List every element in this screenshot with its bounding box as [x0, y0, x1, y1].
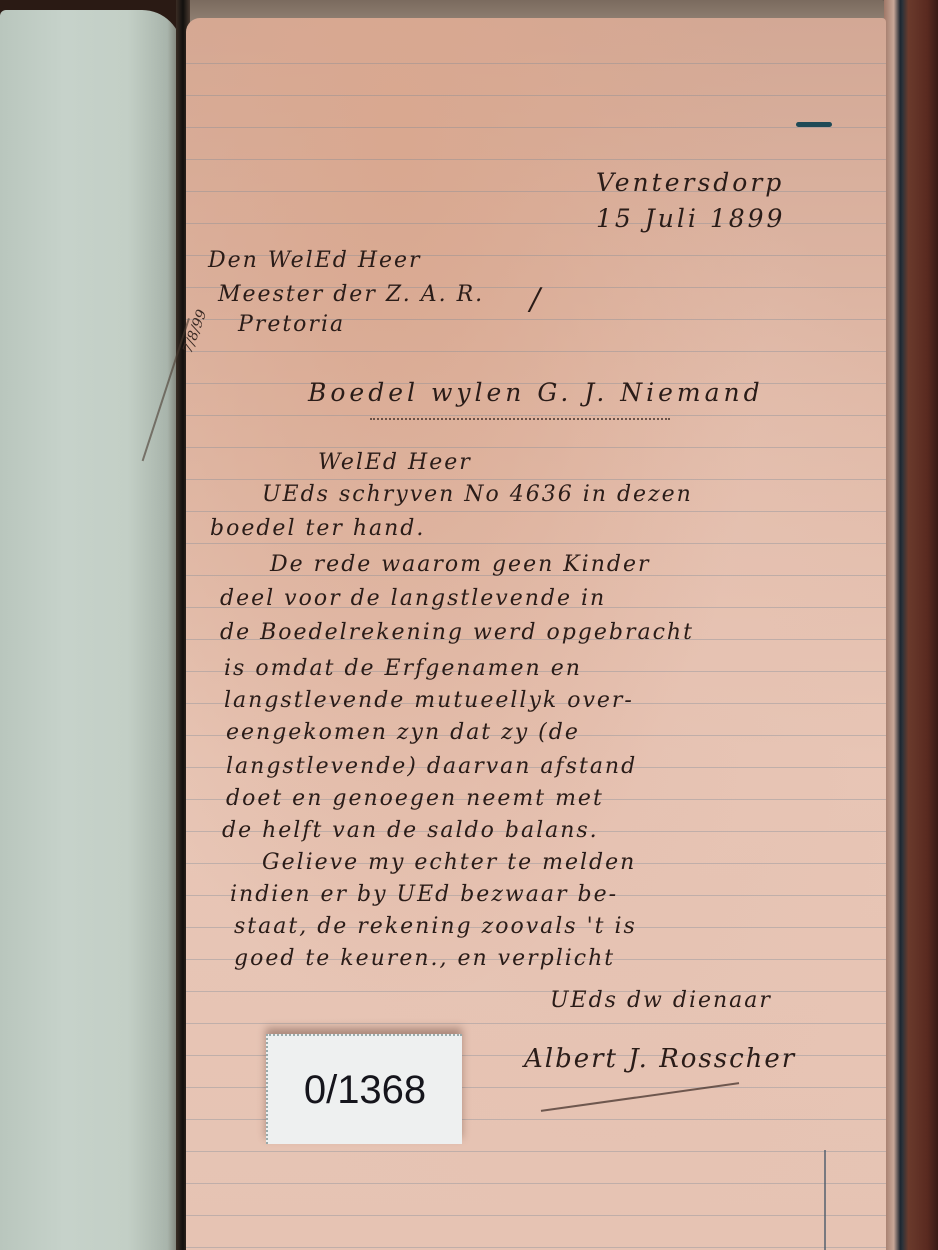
- binder-edge: [884, 0, 938, 1250]
- archive-label: 0/1368: [266, 1034, 462, 1144]
- body-line: UEds schryven No 4636 in dezen: [262, 482, 693, 507]
- body-line: goed te keuren., en verplicht: [234, 946, 615, 971]
- body-line: doet en genoegen neemt met: [226, 786, 604, 811]
- body-line: de Boedelrekening werd opgebracht: [220, 620, 694, 645]
- subject-underline: [370, 410, 670, 420]
- addressee-line-3: Pretoria: [238, 312, 345, 337]
- body-line: boedel ter hand.: [210, 516, 425, 541]
- closing: UEds dw dienaar: [550, 988, 772, 1013]
- body-line: is omdat de Erfgenamen en: [224, 656, 582, 681]
- body-line: de helft van de saldo balans.: [222, 818, 599, 843]
- letter-place: Ventersdorp: [596, 168, 784, 197]
- body-line: indien er by UEd bezwaar be-: [230, 882, 618, 907]
- body-line: langstlevende) daarvan afstand: [226, 754, 637, 779]
- addressee-line-2: Meester der Z. A. R.: [218, 282, 484, 307]
- salutation: WelEd Heer: [318, 450, 472, 475]
- ink-mark: [796, 122, 832, 127]
- page-tear: [824, 1150, 826, 1250]
- body-line: staat, de rekening zoovals 't is: [234, 914, 637, 939]
- body-line: eengekomen zyn dat zy (de: [226, 720, 580, 745]
- body-line: langstlevende mutueellyk over-: [224, 688, 634, 713]
- addressee-mark: /: [530, 282, 542, 317]
- body-line: deel voor de langstlevende in: [220, 586, 606, 611]
- addressee-line-1: Den WelEd Heer: [208, 248, 422, 273]
- letter-date: 15 Juli 1899: [596, 204, 785, 233]
- body-line: De rede waarom geen Kinder: [270, 552, 651, 577]
- left-page: [0, 10, 182, 1250]
- signature: Albert J. Rosscher: [524, 1044, 796, 1074]
- letter-subject: Boedel wylen G. J. Niemand: [308, 378, 764, 407]
- body-line: Gelieve my echter te melden: [262, 850, 636, 875]
- archive-number: 0/1368: [304, 1068, 426, 1113]
